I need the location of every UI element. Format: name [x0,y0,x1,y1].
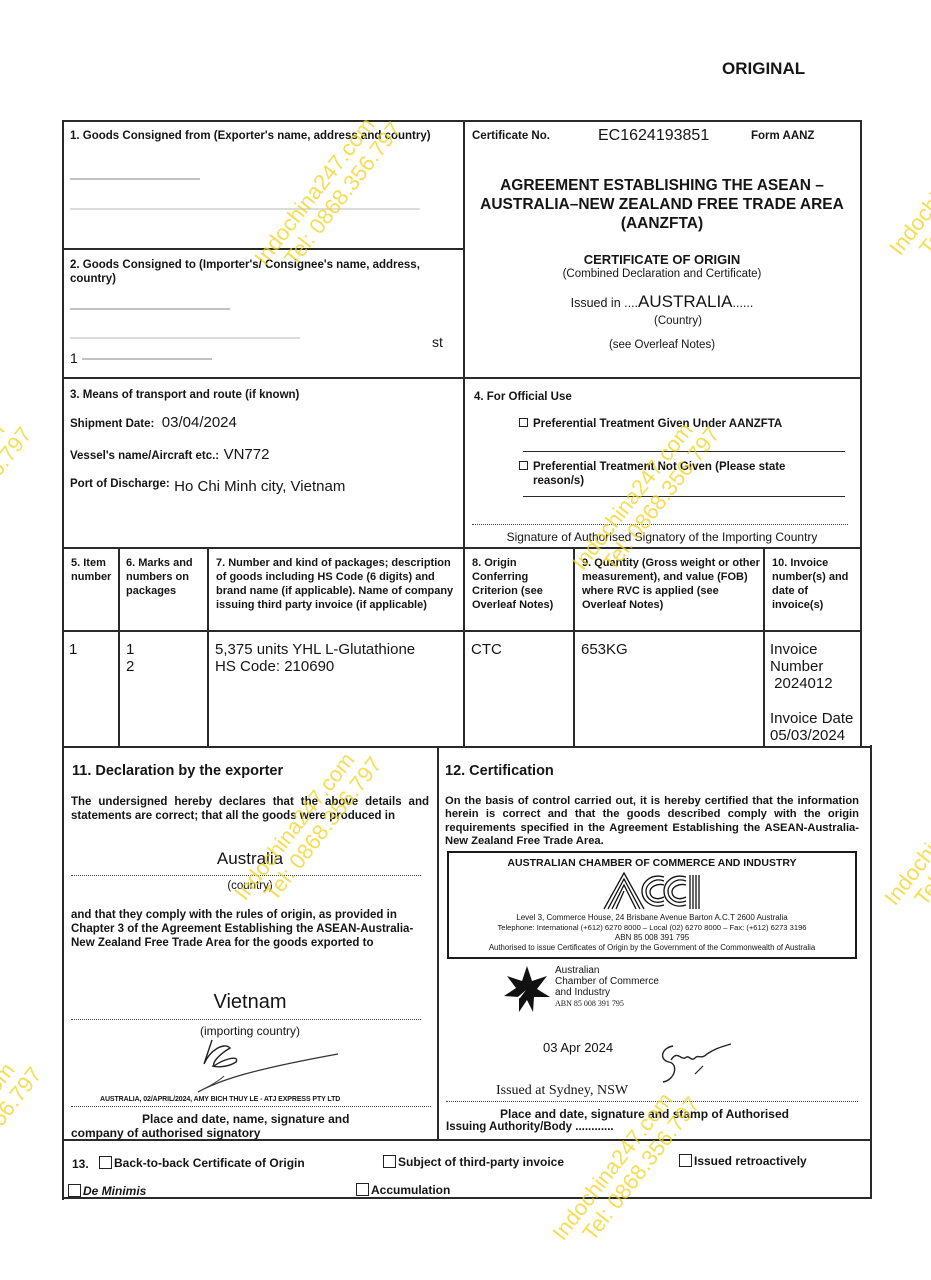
header-invoice: 10. Invoice number(s) and date of invoic… [772,556,862,612]
checkbox-back-to-back[interactable] [99,1156,112,1169]
option-accumulation[interactable]: Accumulation [356,1183,450,1197]
header-origin-criterion: 8. Origin Conferring Criterion (see Over… [472,556,570,612]
watermark: Indochina247.comTel: 0868.356.797 [0,1048,47,1230]
cell-description-2: HS Code: 210690 [215,658,334,675]
box12-title: 12. Certification [445,763,554,779]
country-caption: (Country) [588,315,768,327]
stamp-authorised: Authorised to issue Certificates of Orig… [449,943,855,953]
exporter-signature [190,1036,340,1098]
issued-in-trail: ...... [733,296,754,310]
box12-footer-2: Issuing Authority/Body ............ [446,1121,614,1133]
seal-line-2: Chamber of Commerce [555,976,659,987]
port-value: Ho Chi Minh city, Vietnam [174,478,345,495]
checkbox-treatment-given[interactable] [519,418,528,427]
commonwealth-star-icon [502,964,552,1014]
cell-invoice-3: 2024012 [770,675,833,692]
acci-stamp: AUSTRALIAN CHAMBER OF COMMERCE AND INDUS… [447,851,857,959]
overleaf-notes: (see Overleaf Notes) [472,339,852,351]
document-title: CERTIFICATE OF ORIGIN [472,252,852,267]
checkbox-accumulation[interactable] [356,1183,369,1196]
option-treatment-given-label: Preferential Treatment Given Under AANZF… [533,418,782,430]
option-treatment-given[interactable]: Preferential Treatment Given Under AANZF… [519,417,782,431]
box11-footer-2: company of authorised signatory [71,1126,260,1140]
certification-date: 03 Apr 2024 [543,1040,613,1055]
seal-text: Australian Chamber of Commerce and Indus… [555,965,659,1009]
stamp-phone: Telephone: International (+612) 6270 800… [449,923,855,933]
cell-invoice-5: Invoice Date [770,710,853,727]
watermark: Indochina247.comTel: 0868.356.797 [885,93,931,275]
shipment-date-value: 03/04/2024 [162,414,237,431]
importing-signatory-caption: Signature of Authorised Signatory of the… [472,530,852,544]
box4-label: 4. For Official Use [474,390,572,404]
box11-title: 11. Declaration by the exporter [72,763,283,779]
issued-in-label: Issued in .... [571,296,638,310]
cell-invoice-2: Number [770,658,823,675]
option-issued-retroactively[interactable]: Issued retroactively [679,1154,807,1168]
cell-invoice-6: 05/03/2024 [770,727,845,744]
agreement-title: AGREEMENT ESTABLISHING THE ASEAN – AUSTR… [472,176,852,233]
acci-logo-icon [602,871,702,911]
cell-item: 1 [69,641,77,658]
header-item-number: 5. Item number [71,556,119,584]
checkbox-de-minimis[interactable] [68,1184,81,1197]
cell-description-1: 5,375 units YHL L-Glutathione [215,641,415,658]
option-issued-retroactively-label: Issued retroactively [694,1154,807,1168]
box11-footer-1: Place and date, name, signature and [142,1112,349,1126]
box12-footer-1: Place and date, signature and stamp of A… [500,1107,789,1121]
box1-label: 1. Goods Consigned from (Exporter's name… [70,129,450,143]
produced-in-caption: (country) [71,880,429,892]
shipment-date-row: Shipment Date: 03/04/2024 [70,414,237,432]
issued-at-place: Issued at Sydney, NSW [496,1083,628,1099]
checkbox-third-party-invoice[interactable] [383,1155,396,1168]
watermark: Indochina247.comTel: 0868.356.797 [0,408,37,590]
copy-type-label: ORIGINAL [722,59,805,79]
stamp-abn: ABN 85 008 391 795 [449,933,855,943]
option-back-to-back[interactable]: Back-to-back Certificate of Origin [99,1156,305,1170]
box2-fragment-start: 1 [70,350,78,366]
port-row: Port of Discharge: Ho Chi Minh city, Vie… [70,477,345,496]
option-accumulation-label: Accumulation [371,1183,450,1197]
cell-criterion: CTC [471,641,502,658]
seal-line-3: and Industry [555,987,659,998]
port-label: Port of Discharge: [70,478,170,490]
cell-marks-2: 2 [126,658,134,675]
box2-fragment-end: st [432,334,443,350]
watermark: Indochina247.comTel: 0868.356.797 [880,743,931,925]
option-third-party-invoice[interactable]: Subject of third-party invoice [383,1155,564,1169]
vessel-value: VN772 [224,446,270,463]
box11-para2: and that they comply with the rules of o… [71,908,433,950]
seal-abn: ABN 85 008 391 795 [555,998,659,1009]
vessel-label: Vessel's name/Aircraft etc.: [70,450,219,462]
cell-marks-1: 1 [126,641,134,658]
stamp-org: AUSTRALIAN CHAMBER OF COMMERCE AND INDUS… [449,857,855,869]
box11-para1: The undersigned hereby declares that the… [71,795,429,823]
document-subtitle: (Combined Declaration and Certificate) [472,268,852,280]
checkbox-treatment-not-given[interactable] [519,461,528,470]
issued-in: Issued in ....AUSTRALIA...... [472,292,852,312]
option-treatment-not-given-label: Preferential Treatment Not Given (Please… [533,461,785,487]
checkbox-issued-retroactively[interactable] [679,1154,692,1167]
stamp-address: Level 3, Commerce House, 24 Brisbane Ave… [449,913,855,923]
box12-para: On the basis of control carried out, it … [445,795,859,849]
box3-label: 3. Means of transport and route (if know… [70,388,299,402]
box13-number: 13. [72,1157,89,1171]
option-de-minimis-label: De Minimis [83,1184,146,1198]
watermark: Indochina247.comTel: 0868.356.797 [548,1078,705,1260]
vessel-row: Vessel's name/Aircraft etc.: VN772 [70,446,269,464]
shipment-date-label: Shipment Date: [70,418,154,430]
option-back-to-back-label: Back-to-back Certificate of Origin [114,1156,305,1170]
header-description: 7. Number and kind of packages; descript… [216,556,456,612]
seal-line-1: Australian [555,965,659,976]
option-treatment-not-given[interactable]: Preferential Treatment Not Given (Please… [519,460,839,488]
issued-in-country: AUSTRALIA [638,292,732,311]
produced-in-country: Australia [71,849,429,869]
issuer-signature [655,1040,735,1095]
header-quantity: 9. Quantity (Gross weight or other measu… [582,556,764,612]
exported-to-country: Vietnam [71,991,429,1014]
option-third-party-invoice-label: Subject of third-party invoice [398,1155,564,1169]
form-type: Form AANZ [751,129,814,143]
header-marks: 6. Marks and numbers on packages [126,556,206,598]
exporter-signatory-line: AUSTRALIA, 02/APRIL/2024, AMY BICH THUY … [100,1096,340,1103]
cell-quantity: 653KG [581,641,628,658]
certificate-no-value: EC1624193851 [598,127,709,145]
cell-invoice-1: Invoice [770,641,818,658]
certificate-no-label: Certificate No. [472,129,550,143]
box2-label: 2. Goods Consigned to (Importer's/ Consi… [70,258,450,286]
option-de-minimis[interactable]: De Minimis [68,1184,146,1198]
